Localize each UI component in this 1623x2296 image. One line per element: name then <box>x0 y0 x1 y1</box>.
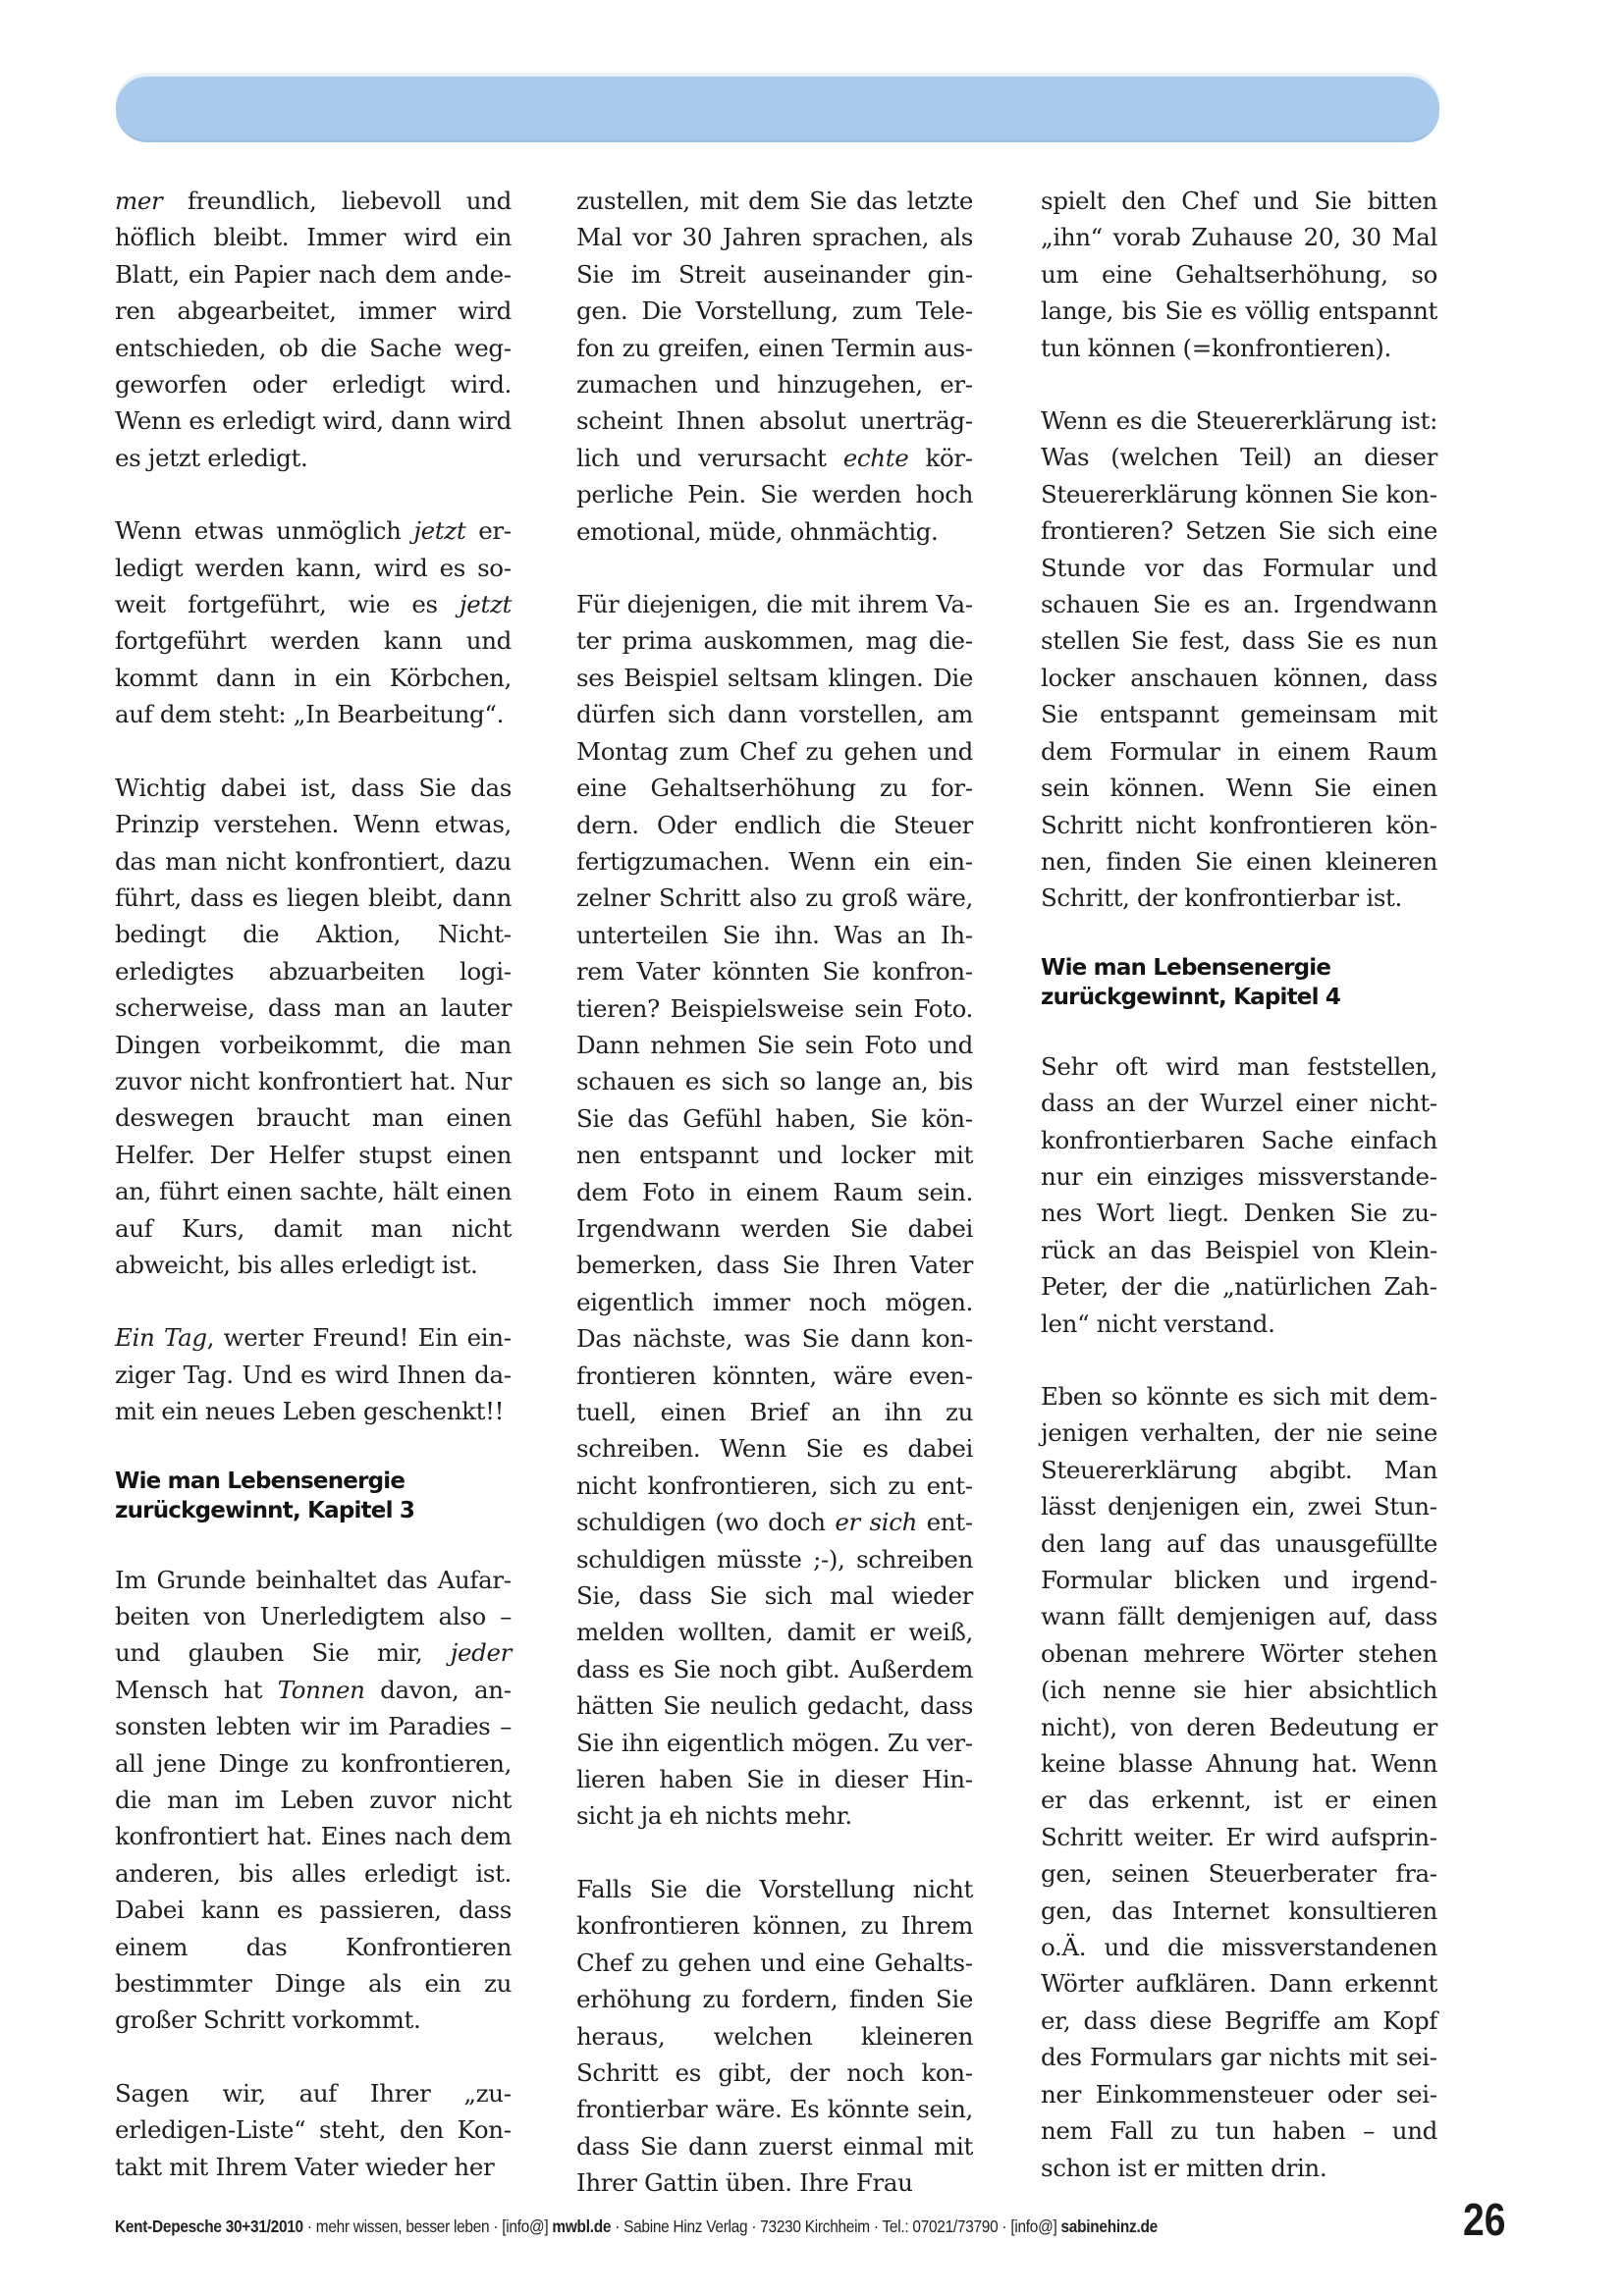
text-run: fort­geführt werden kann und kommt dann … <box>115 626 512 728</box>
footer-link-sabinehinz[interactable]: sabinehinz.de <box>1061 2216 1158 2236</box>
text-run: spielt den Chef und Sie bitten „ihn“ vor… <box>1041 187 1437 362</box>
footer-separator: · <box>998 2216 1010 2236</box>
footer-separator: · <box>489 2216 502 2236</box>
article-column-2: zustellen, mit dem Sie das letzte Mal vo… <box>576 183 973 2238</box>
text-run: Wenn es die Steuererklärung ist: Was (we… <box>1041 406 1437 912</box>
section-heading: Wie man Lebensenergie zurückgewinnt, Kap… <box>1041 953 1437 1012</box>
footer-address: 73230 Kirchheim <box>760 2216 870 2236</box>
text-run: freundlich, liebevoll und höflich bleibt… <box>115 187 512 472</box>
body-paragraph: Eben so könnte es sich mit dem­jenigen v… <box>1041 1378 1437 2186</box>
body-paragraph: zustellen, mit dem Sie das letzte Mal vo… <box>576 183 973 550</box>
footer-publication: Kent-Depesche 30+31/2010 <box>115 2216 303 2236</box>
text-run: ent­schuldigen müsste ;-), schreiben Sie… <box>576 1508 973 1830</box>
text-run: zustellen, mit dem Sie das letzte Mal vo… <box>576 187 973 472</box>
emphasized-text: echte <box>843 444 909 472</box>
footer-phone: Tel.: 07021/73790 <box>882 2216 998 2236</box>
header-banner <box>116 77 1439 142</box>
body-paragraph: Sehr oft wird man feststellen, dass an d… <box>1041 1048 1437 1342</box>
emphasized-text: jeder <box>451 1638 512 1667</box>
text-run: Sehr oft wird man feststellen, dass an d… <box>1041 1052 1437 1338</box>
body-paragraph: Falls Sie die Vorstellung nicht konfront… <box>576 1871 973 2202</box>
footer-slogan: mehr wissen, besser leben <box>316 2216 490 2236</box>
article-column-1: mer freundlich, liebevoll und höflich bl… <box>115 183 512 2221</box>
footer-separator: · <box>870 2216 883 2236</box>
footer-link-mwbl[interactable]: mwbl.de <box>552 2216 611 2236</box>
text-run: Wenn etwas unmöglich <box>115 516 413 545</box>
footer-separator: · <box>747 2216 760 2236</box>
footer-email-prefix: [info@] <box>1010 2216 1060 2236</box>
text-run: Falls Sie die Vorstellung nicht konfront… <box>576 1875 973 2197</box>
text-run: Mensch hat <box>115 1676 278 1704</box>
footer-separator: · <box>611 2216 623 2236</box>
text-run: Eben so könnte es sich mit dem­jenigen v… <box>1041 1382 1437 2182</box>
body-paragraph: Für diejenigen, die mit ihrem Va­ter pri… <box>576 586 973 1835</box>
footer-email-prefix: [info@] <box>502 2216 552 2236</box>
body-paragraph: mer freundlich, liebevoll und höflich bl… <box>115 183 512 476</box>
emphasized-text: er sich <box>835 1508 917 1536</box>
body-paragraph: spielt den Chef und Sie bitten „ihn“ vor… <box>1041 183 1437 366</box>
body-paragraph: Wenn es die Steuererklärung ist: Was (we… <box>1041 402 1437 917</box>
body-paragraph: Ein Tag, werter Freund! Ein ein­ziger Ta… <box>115 1319 512 1429</box>
page-footer: Kent-Depesche 30+31/2010 · mehr wissen, … <box>115 2216 1281 2237</box>
text-run: Sagen wir, auf Ihrer „zu­erledigen-Liste… <box>115 2079 512 2181</box>
body-paragraph: Wichtig dabei ist, dass Sie das Prinzip … <box>115 770 512 1284</box>
emphasized-text: Tonnen <box>278 1676 365 1704</box>
text-run: Wichtig dabei ist, dass Sie das Prinzip … <box>115 774 512 1279</box>
page-number: 26 <box>1463 2193 1505 2246</box>
emphasized-text: jetzt <box>460 590 512 618</box>
body-paragraph: Sagen wir, auf Ihrer „zu­erledigen-Liste… <box>115 2075 512 2185</box>
footer-publisher: Sabine Hinz Verlag <box>623 2216 747 2236</box>
emphasized-text: jetzt <box>413 516 465 545</box>
text-run: Für diejenigen, die mit ihrem Va­ter pri… <box>576 590 973 1536</box>
text-run: davon, an­sonsten lebten wir im Paradies… <box>115 1676 512 2035</box>
emphasized-text: Ein Tag <box>115 1323 207 1352</box>
footer-separator: · <box>303 2216 316 2236</box>
body-paragraph: Im Grunde beinhaltet das Aufar­beiten vo… <box>115 1562 512 2039</box>
body-paragraph: Wenn etwas unmöglich jetzt er­ledigt wer… <box>115 512 512 732</box>
section-heading: Wie man Lebensenergie zurückgewinnt, Kap… <box>115 1467 512 1525</box>
emphasized-text: mer <box>115 187 162 215</box>
article-column-3: spielt den Chef und Sie bitten „ihn“ vor… <box>1041 183 1437 2222</box>
